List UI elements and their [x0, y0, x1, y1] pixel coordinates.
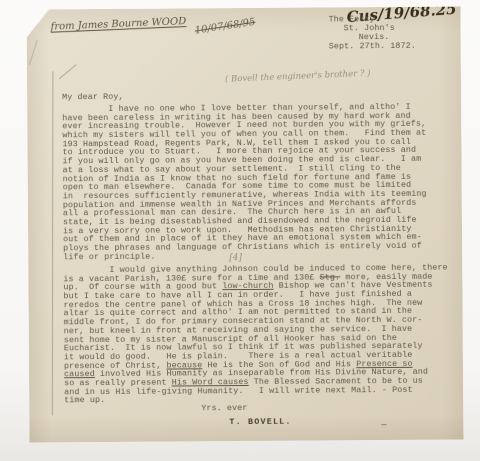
- paragraph-2: I would give anything Johnson could be i…: [63, 264, 448, 406]
- paper-crease: [29, 40, 38, 65]
- salutation: My dear Roy,: [62, 93, 124, 102]
- annotation-sender-note: from James Bourne WOOD: [50, 16, 186, 33]
- typed-line: life or principle.: [63, 250, 427, 261]
- paragraph-1: I have no one who I love better than you…: [62, 103, 427, 262]
- annotation-pencil-note: ( Bovell the engineer's brother ? ): [225, 69, 371, 85]
- closing-line: Yrs. ever: [201, 404, 247, 413]
- end-dash-mark: —: [381, 421, 386, 430]
- signature: T. BOVELL.: [229, 418, 291, 427]
- pencil-bracket-mark: [59, 64, 77, 79]
- paper-fold-corner: [26, 9, 50, 37]
- pencil-margin-line: [52, 71, 54, 415]
- letterhead-date: Sept. 27th. 1872.: [329, 42, 416, 51]
- letter-paper: from James Bourne WOOD 10/07/68/95 Cus/1…: [26, 6, 463, 442]
- scanned-letter-page: from James Bourne WOOD 10/07/68/95 Cus/1…: [0, 0, 480, 461]
- annotation-crossed-out-number: 10/07/68/95: [194, 17, 256, 37]
